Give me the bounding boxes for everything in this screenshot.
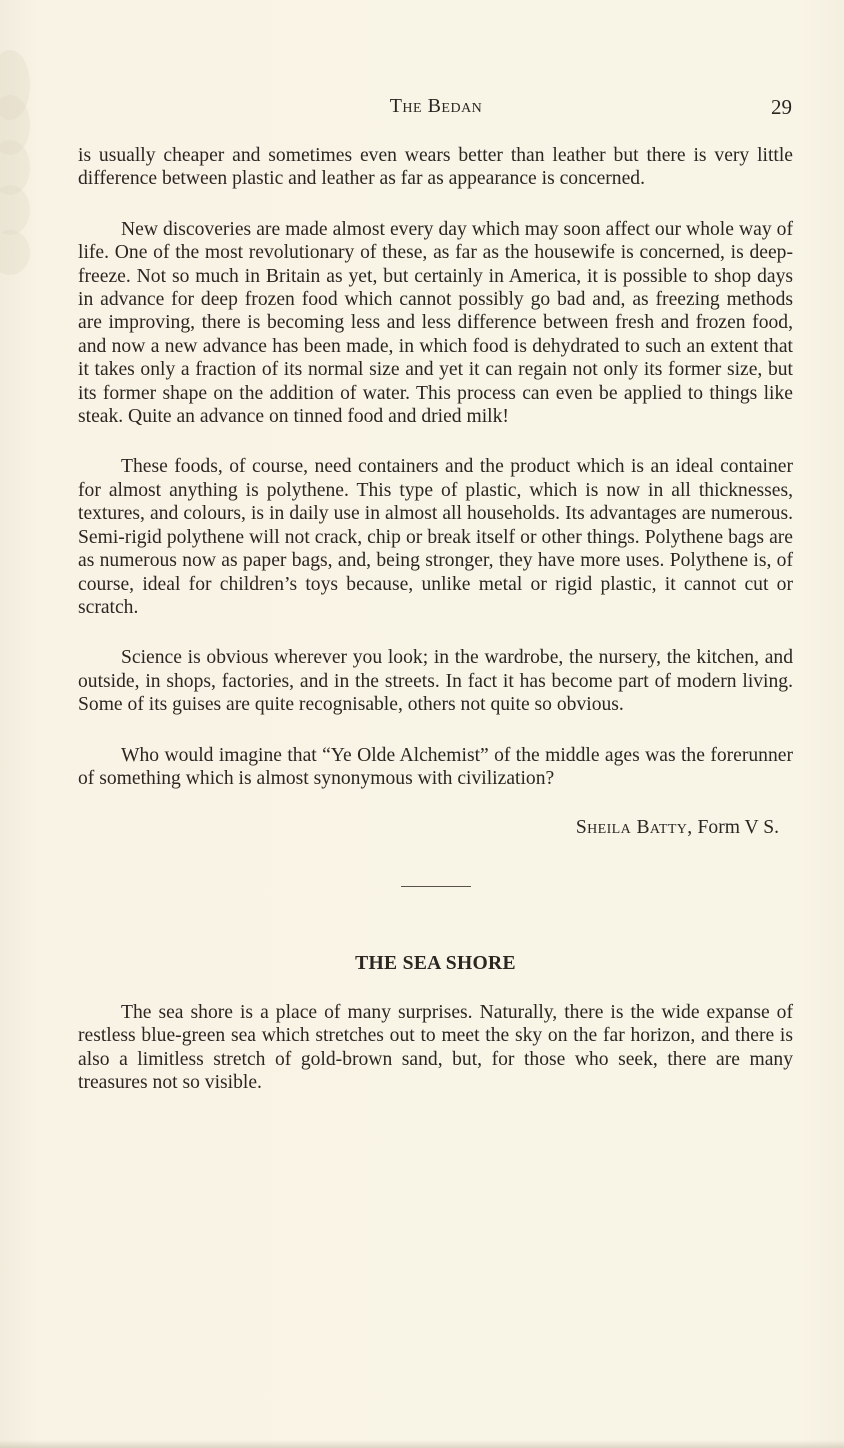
page-bottom-edge xyxy=(0,1440,844,1448)
section-gap xyxy=(78,840,793,886)
author-name: Sheila Batty, xyxy=(576,817,693,838)
shadow-blob xyxy=(0,230,30,275)
paragraph: New discoveries are made almost every da… xyxy=(78,218,793,429)
paragraph: Who would imagine that “Ye Olde Alchemis… xyxy=(78,744,793,791)
book-page: The Bedan 29 is usually cheaper and some… xyxy=(0,0,844,1448)
article-science: is usually cheaper and sometimes even we… xyxy=(78,144,793,840)
paragraph-gap xyxy=(78,717,793,744)
article-title: THE SEA SHORE xyxy=(78,953,793,975)
shadow-blob xyxy=(0,140,30,195)
paragraph-gap xyxy=(78,428,793,455)
page-number: 29 xyxy=(771,95,792,120)
section-gap xyxy=(78,887,793,953)
paragraph-gap xyxy=(78,619,793,646)
page-body: is usually cheaper and sometimes even we… xyxy=(78,144,793,1094)
running-header: The Bedan 29 xyxy=(80,95,792,121)
journal-title: The Bedan xyxy=(80,95,792,118)
author-signature: Sheila Batty, Form V S. xyxy=(78,816,793,839)
shadow-blob xyxy=(0,185,30,235)
shadow-blob xyxy=(0,95,30,155)
paragraph: is usually cheaper and sometimes even we… xyxy=(78,144,793,191)
title-gap xyxy=(78,975,793,1001)
author-form: Form V S. xyxy=(698,817,780,838)
paragraph: The sea shore is a place of many surpris… xyxy=(78,1001,793,1095)
paragraph-gap xyxy=(78,790,793,816)
paragraph: These foods, of course, need containers … xyxy=(78,455,793,619)
paragraph-gap xyxy=(78,191,793,218)
paragraph: Science is obvious wherever you look; in… xyxy=(78,646,793,716)
article-sea-shore: THE SEA SHORE The sea shore is a place o… xyxy=(78,953,793,1095)
shadow-blob xyxy=(0,50,30,120)
